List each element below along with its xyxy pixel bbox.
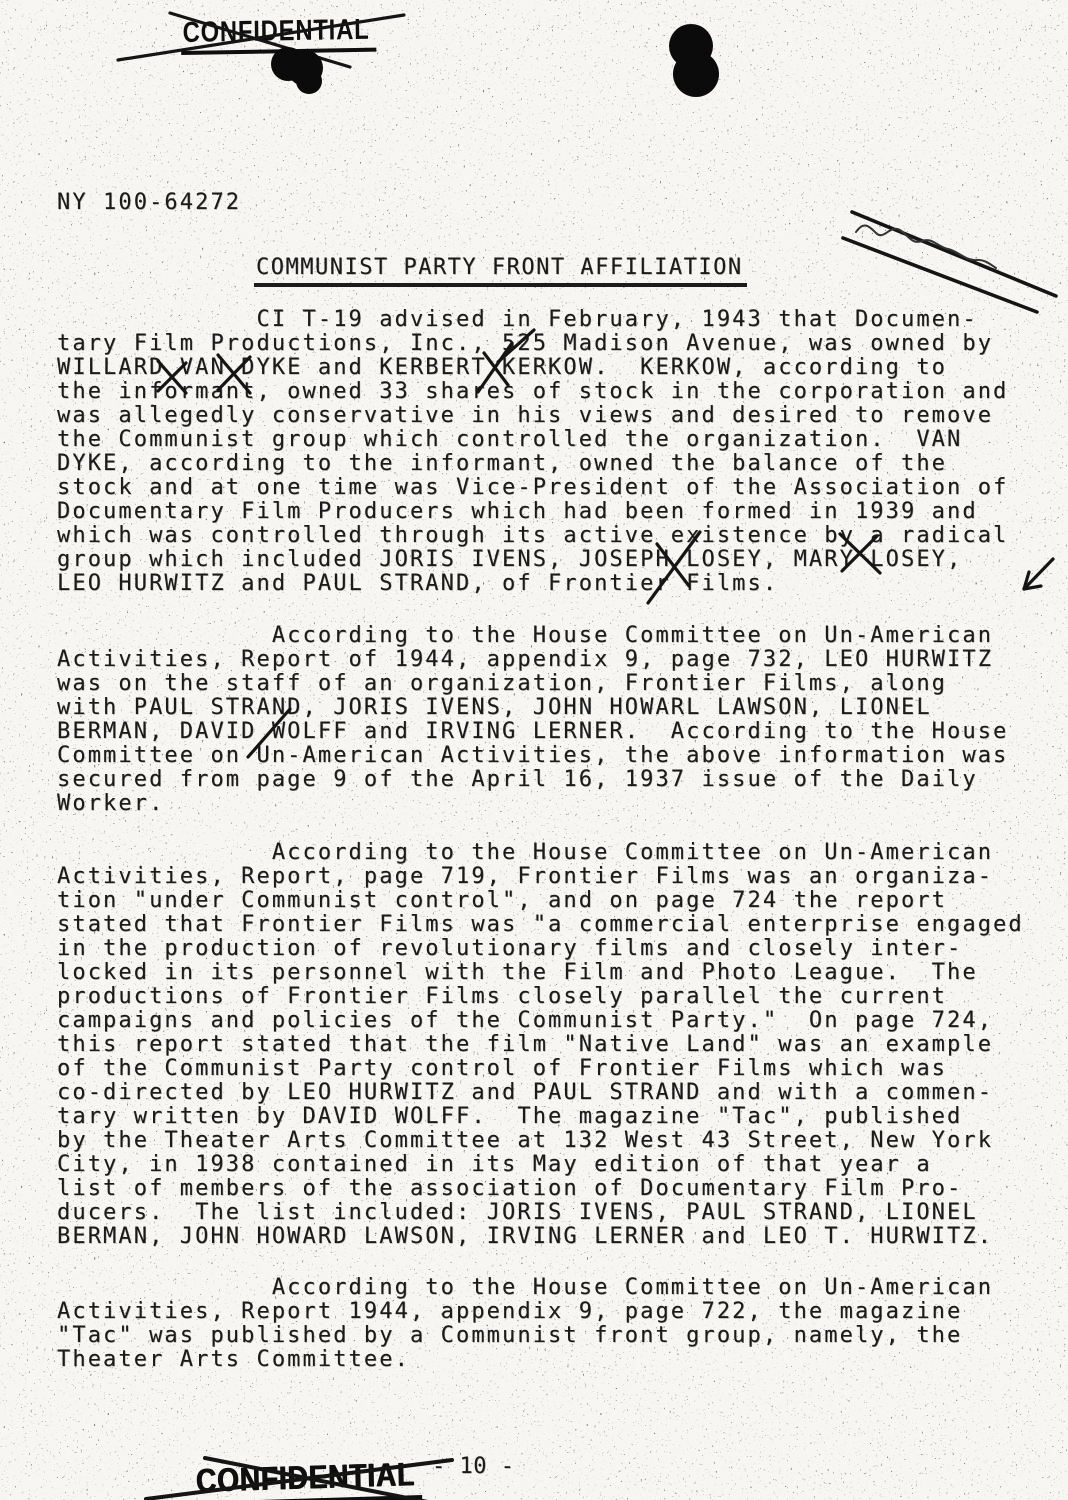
page-number: - 10 - bbox=[432, 1455, 514, 1479]
confidential-stamp-top: CONFIDENTIAL bbox=[181, 14, 376, 55]
handwriting-scribble bbox=[856, 225, 996, 268]
margin-arrow bbox=[1024, 559, 1053, 589]
ink-blot-left bbox=[287, 50, 323, 86]
ink-blot-right bbox=[673, 51, 719, 97]
scribble-strike-2 bbox=[843, 238, 1037, 312]
document-page: CONFIDENTIAL NY 100-64272 COMMUNIST PART… bbox=[0, 0, 1068, 1500]
ink-blot-right bbox=[669, 24, 713, 68]
file-number: NY 100-64272 bbox=[57, 191, 241, 215]
scribble-strike-1 bbox=[852, 212, 1056, 296]
margin-arrow bbox=[1024, 572, 1029, 589]
paragraph-1: CI T-19 advised in February, 1943 that D… bbox=[57, 308, 1008, 596]
paragraph-2: According to the House Committee on Un-A… bbox=[57, 624, 1008, 816]
confidential-stamp-bottom: CONFIDENTIAL bbox=[193, 1455, 421, 1500]
page-title: COMMUNIST PARTY FRONT AFFILIATION bbox=[254, 256, 747, 287]
ink-blot-left bbox=[296, 68, 322, 94]
paragraph-3: According to the House Committee on Un-A… bbox=[57, 841, 1024, 1249]
margin-arrow bbox=[1024, 586, 1041, 589]
paragraph-4: According to the House Committee on Un-A… bbox=[57, 1276, 993, 1372]
